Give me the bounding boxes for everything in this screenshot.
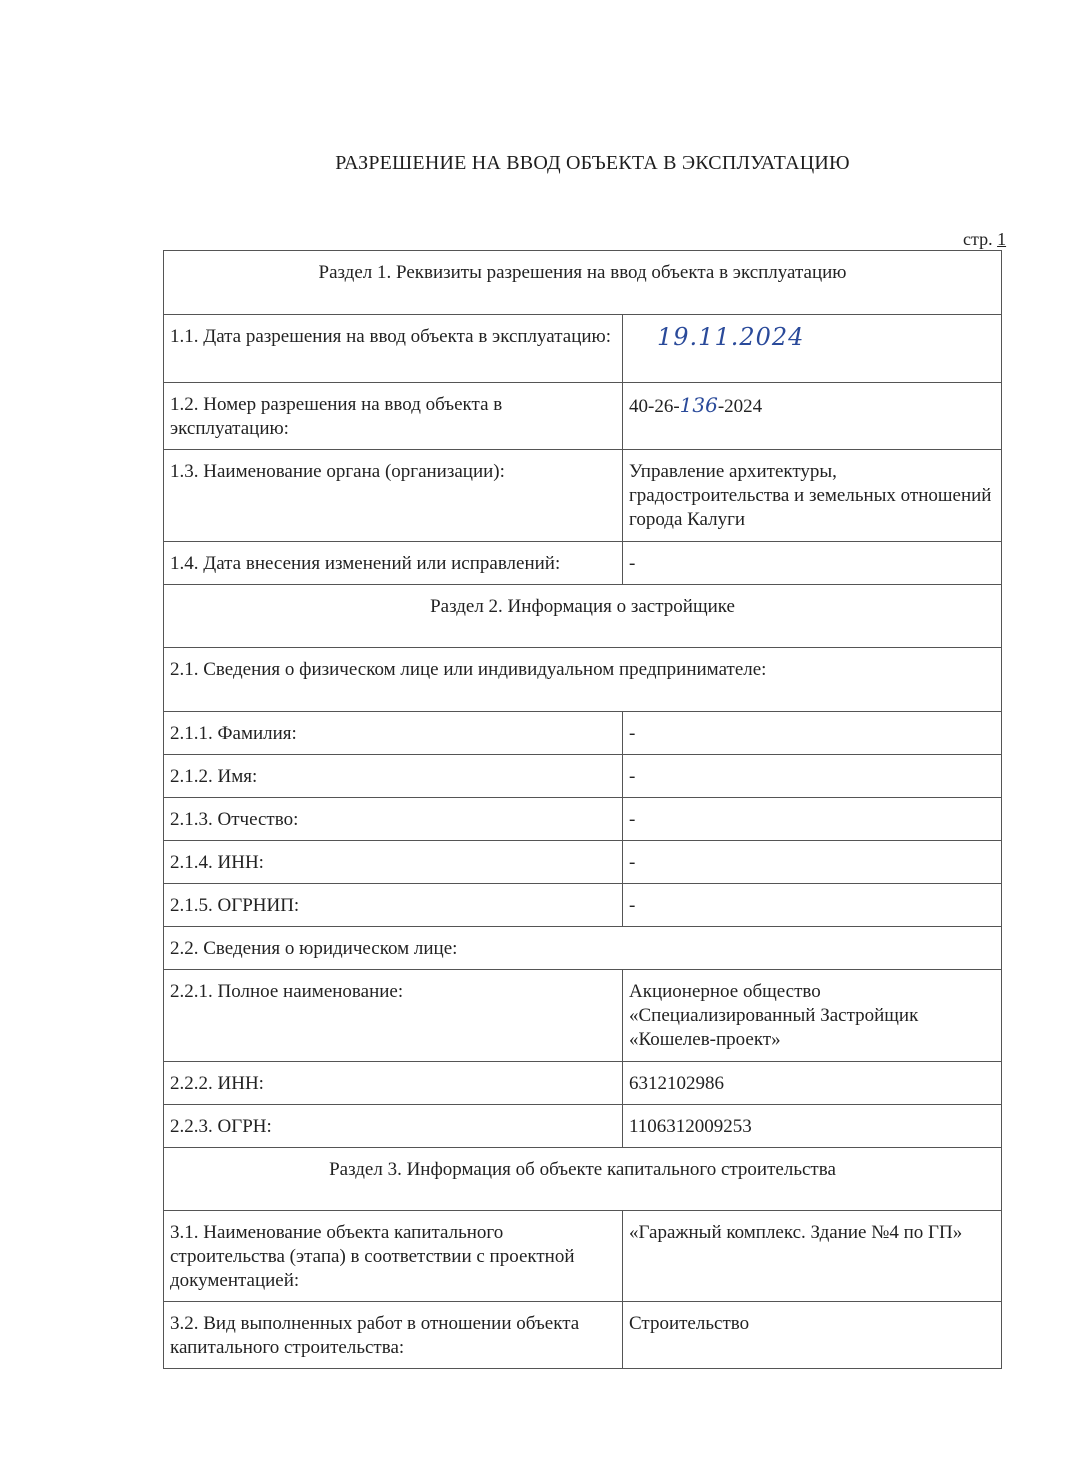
row-value: Акционерное общество «Специализированный… bbox=[623, 970, 1002, 1062]
row-value: - bbox=[623, 798, 1002, 841]
subsection-row: 2.2. Сведения о юридическом лице: bbox=[164, 927, 1002, 970]
section-header-row: Раздел 3. Информация об объекте капиталь… bbox=[164, 1148, 1002, 1211]
section-header-row: Раздел 2. Информация о застройщике bbox=[164, 585, 1002, 648]
section2-header: Раздел 2. Информация о застройщике bbox=[164, 585, 1002, 648]
section1-header: Раздел 1. Реквизиты разрешения на ввод о… bbox=[164, 251, 1002, 315]
section3-header: Раздел 3. Информация об объекте капиталь… bbox=[164, 1148, 1002, 1211]
row-value: - bbox=[623, 712, 1002, 755]
document-title: РАЗРЕШЕНИЕ НА ВВОД ОБЪЕКТА В ЭКСПЛУАТАЦИ… bbox=[0, 152, 1080, 175]
row-label: 2.1.3. Отчество: bbox=[164, 798, 623, 841]
page-number: стр. 1 bbox=[963, 229, 1006, 250]
table-row: 2.2.1. Полное наименование: Акционерное … bbox=[164, 970, 1002, 1062]
page-number-value: 1 bbox=[997, 229, 1006, 249]
table-row: 2.2.2. ИНН: 6312102986 bbox=[164, 1062, 1002, 1105]
row-label: 2.1.2. Имя: bbox=[164, 755, 623, 798]
section-header-row: Раздел 1. Реквизиты разрешения на ввод о… bbox=[164, 251, 1002, 315]
row-label: 2.1.1. Фамилия: bbox=[164, 712, 623, 755]
subsection-2-1: 2.1. Сведения о физическом лице или инди… bbox=[164, 648, 1002, 712]
row-label: 2.1.5. ОГРНИП: bbox=[164, 884, 623, 927]
row-value: 19.11.2024 bbox=[623, 315, 1002, 383]
row-value: - bbox=[623, 542, 1002, 585]
permit-form-table: Раздел 1. Реквизиты разрешения на ввод о… bbox=[163, 250, 1002, 1369]
table-row: 3.1. Наименование объекта капитального с… bbox=[164, 1211, 1002, 1302]
row-label: 2.2.3. ОГРН: bbox=[164, 1105, 623, 1148]
row-label: 1.2. Номер разрешения на ввод объекта в … bbox=[164, 383, 623, 450]
table-row: 2.1.1. Фамилия: - bbox=[164, 712, 1002, 755]
handwritten-date: 19.11.2024 bbox=[657, 323, 804, 351]
table-row: 2.1.5. ОГРНИП: - bbox=[164, 884, 1002, 927]
row-label: 3.2. Вид выполненных работ в отношении о… bbox=[164, 1302, 623, 1369]
row-value: 1106312009253 bbox=[623, 1105, 1002, 1148]
table-row: 3.2. Вид выполненных работ в отношении о… bbox=[164, 1302, 1002, 1369]
row-label: 1.4. Дата внесения изменений или исправл… bbox=[164, 542, 623, 585]
row-label: 3.1. Наименование объекта капитального с… bbox=[164, 1211, 623, 1302]
row-value: 6312102986 bbox=[623, 1062, 1002, 1105]
row-value: - bbox=[623, 755, 1002, 798]
row-value: - bbox=[623, 884, 1002, 927]
permit-number-suffix: -2024 bbox=[718, 396, 762, 417]
row-value: Управление архитектуры, градостроительст… bbox=[623, 450, 1002, 542]
subsection-2-2: 2.2. Сведения о юридическом лице: bbox=[164, 927, 1002, 970]
permit-number-prefix: 40-26- bbox=[629, 396, 680, 417]
table-row: 2.1.2. Имя: - bbox=[164, 755, 1002, 798]
row-value: 40-26-136-2024 bbox=[623, 383, 1002, 450]
row-label: 2.2.2. ИНН: bbox=[164, 1062, 623, 1105]
subsection-row: 2.1. Сведения о физическом лице или инди… bbox=[164, 648, 1002, 712]
row-label: 2.1.4. ИНН: bbox=[164, 841, 623, 884]
row-value: «Гаражный комплекс. Здание №4 по ГП» bbox=[623, 1211, 1002, 1302]
table-row: 2.1.3. Отчество: - bbox=[164, 798, 1002, 841]
handwritten-permit-number: 136 bbox=[680, 393, 718, 417]
page-label: стр. bbox=[963, 229, 993, 249]
table-row: 1.2. Номер разрешения на ввод объекта в … bbox=[164, 383, 1002, 450]
row-label: 1.3. Наименование органа (организации): bbox=[164, 450, 623, 542]
table-row: 1.1. Дата разрешения на ввод объекта в э… bbox=[164, 315, 1002, 383]
table-row: 1.4. Дата внесения изменений или исправл… bbox=[164, 542, 1002, 585]
table-row: 2.2.3. ОГРН: 1106312009253 bbox=[164, 1105, 1002, 1148]
row-value: - bbox=[623, 841, 1002, 884]
table-row: 2.1.4. ИНН: - bbox=[164, 841, 1002, 884]
table-row: 1.3. Наименование органа (организации): … bbox=[164, 450, 1002, 542]
row-value: Строительство bbox=[623, 1302, 1002, 1369]
row-label: 1.1. Дата разрешения на ввод объекта в э… bbox=[164, 315, 623, 383]
row-label: 2.2.1. Полное наименование: bbox=[164, 970, 623, 1062]
